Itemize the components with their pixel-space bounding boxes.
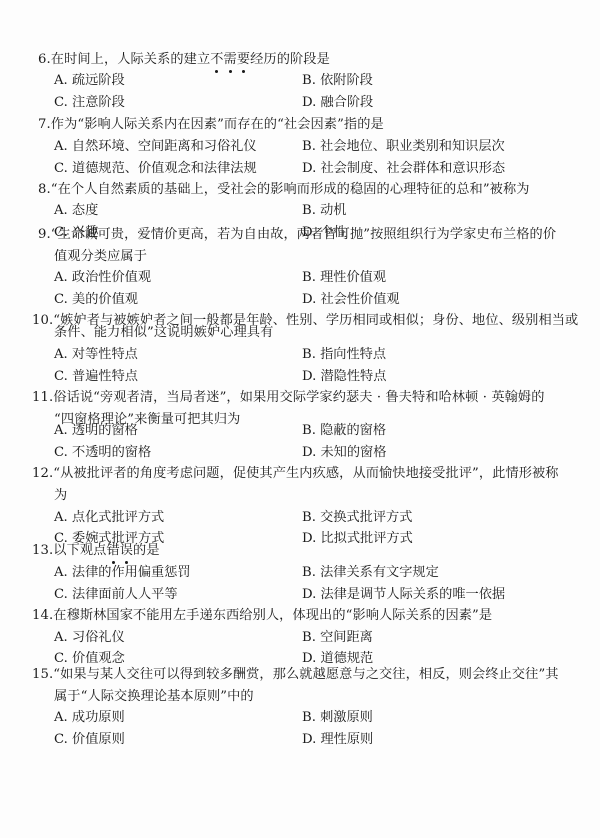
- question-9-stem: 9.“生命诚可贵，爱情价更高，若为自由故，两者皆可抛”按照组织行为学家史布兰格的…: [38, 226, 556, 244]
- question-number: 15.: [32, 667, 53, 682]
- option-b: B. 理性价值观: [302, 269, 386, 287]
- option-b: B. 依附阶段: [302, 72, 373, 90]
- stem-text: “从被批评者的角度考虑问题，促使其产生内疚感，从而愉快地接受批评”，此情形被称: [53, 466, 558, 481]
- stem-text: 俗话说“旁观者清，当局者迷”，如果用交际学家约瑟夫 · 鲁夫特和哈林顿 · 英翰…: [53, 390, 544, 405]
- option-c: C. 美的价值观: [54, 291, 138, 309]
- question-8-stem: 8.“在个人自然素质的基础上，受社会的影响而形成的稳固的心理特征的总和”被称为: [38, 181, 530, 199]
- stem-text: 的是: [133, 543, 160, 558]
- stem-text: “如果与某人交往可以得到较多酬赏，那么就越愿意与之交往，相反，则会终止交往”其: [53, 667, 558, 682]
- stem-text: “生命诚可贵，爱情价更高，若为自由故，两者皆可抛”按照组织行为学家史布兰格的价: [51, 227, 556, 242]
- exam-page: 6.在时间上，人际关系的建立不需要经历的阶段是 A. 疏远阶段 B. 依附阶段 …: [0, 0, 600, 838]
- stem-text: 以下观点: [53, 543, 106, 558]
- option-a: A. 自然环境、空间距离和习俗礼仪: [54, 138, 257, 156]
- option-c: C. 普遍性特点: [54, 368, 138, 386]
- option-b: B. 社会地位、职业类别和知识层次: [302, 138, 505, 156]
- option-a: A. 政治性价值观: [54, 269, 151, 287]
- question-number: 7.: [38, 117, 51, 132]
- question-11-stem: 11.俗话说“旁观者清，当局者迷”，如果用交际学家约瑟夫 · 鲁夫特和哈林顿 ·…: [32, 389, 545, 407]
- option-d: D. 理性原则: [302, 731, 373, 749]
- question-12-stem-cont: 为: [54, 487, 67, 505]
- option-c: C. 不透明的窗格: [54, 444, 151, 462]
- emphasis-char: 要: [237, 51, 250, 69]
- option-a: A. 对等性特点: [54, 346, 138, 364]
- question-number: 8.: [38, 182, 51, 197]
- question-13-stem: 13.以下观点错误的是: [32, 542, 160, 560]
- option-a: A. 态度: [54, 202, 98, 220]
- question-10-stem-cont: 条件、能力相似”这说明嫉妒心理具有: [54, 324, 273, 342]
- option-a: A. 成功原则: [54, 709, 125, 727]
- emphasis-char: 不: [210, 51, 223, 69]
- option-b: B. 指向性特点: [302, 346, 386, 364]
- question-12-stem: 12.“从被批评者的角度考虑问题，促使其产生内疚感，从而愉快地接受批评”，此情形…: [32, 465, 559, 483]
- emphasis-char: 需: [224, 51, 237, 69]
- emphasis-char: 错: [106, 542, 119, 560]
- option-b: B. 空间距离: [302, 629, 373, 647]
- stem-text: “在个人自然素质的基础上，受社会的影响而形成的稳固的心理特征的总和”被称为: [51, 182, 530, 197]
- question-15-stem: 15.“如果与某人交往可以得到较多酬赏，那么就越愿意与之交往，相反，则会终止交往…: [32, 666, 559, 684]
- stem-text: 在穆斯林国家不能用左手递东西给别人，体现出的“影响人际关系的因素”是: [53, 608, 492, 623]
- option-d: D. 社会性价值观: [302, 291, 400, 309]
- option-b: B. 法律关系有文字规定: [302, 564, 439, 582]
- option-d: D. 比拟式批评方式: [302, 530, 413, 548]
- option-d: D. 潜隐性特点: [302, 368, 386, 386]
- question-number: 12.: [32, 466, 53, 481]
- option-c: C. 道德规范、价值观念和法律法规: [54, 160, 257, 178]
- stem-text: 在时间上，人际关系的建立: [51, 52, 210, 67]
- question-number: 14.: [32, 608, 53, 623]
- option-d: D. 未知的窗格: [302, 444, 386, 462]
- question-15-stem-cont: 属于“人际交换理论基本原则”中的: [54, 688, 254, 706]
- option-b: B. 刺激原则: [302, 709, 373, 727]
- option-b: B. 交换式批评方式: [302, 509, 412, 527]
- question-14-stem: 14.在穆斯林国家不能用左手递东西给别人，体现出的“影响人际关系的因素”是: [32, 607, 492, 625]
- option-b: B. 隐蔽的窗格: [302, 422, 386, 440]
- option-a: A. 习俗礼仪: [54, 629, 125, 647]
- option-d: D. 法律是调节人际关系的唯一依据: [302, 586, 505, 604]
- stem-text: 作为“影响人际关系内在因素”而存在的“社会因素”指的是: [51, 117, 384, 132]
- option-d: D. 融合阶段: [302, 94, 373, 112]
- option-c: C. 注意阶段: [54, 94, 125, 112]
- question-7-stem: 7.作为“影响人际关系内在因素”而存在的“社会因素”指的是: [38, 116, 384, 134]
- option-c: C. 价值原则: [54, 731, 125, 749]
- question-9-stem-cont: 值观分类应属于: [54, 248, 147, 266]
- option-a: A. 疏远阶段: [54, 72, 125, 90]
- option-c: C. 法律面前人人平等: [54, 586, 178, 604]
- question-number: 6.: [38, 52, 51, 67]
- option-a: A. 透明的窗格: [54, 422, 138, 440]
- option-a: A. 法律的作用偏重惩罚: [54, 564, 191, 582]
- question-number: 10.: [32, 313, 53, 328]
- question-6-stem: 6.在时间上，人际关系的建立不需要经历的阶段是: [38, 51, 330, 69]
- question-number: 9.: [38, 227, 51, 242]
- question-number: 13.: [32, 543, 53, 558]
- option-d: D. 社会制度、社会群体和意识形态: [302, 160, 505, 178]
- question-number: 11.: [32, 390, 53, 405]
- option-a: A. 点化式批评方式: [54, 509, 164, 527]
- option-b: B. 动机: [302, 202, 346, 220]
- stem-text: 经历的阶段是: [250, 52, 330, 67]
- emphasis-char: 误: [120, 542, 133, 560]
